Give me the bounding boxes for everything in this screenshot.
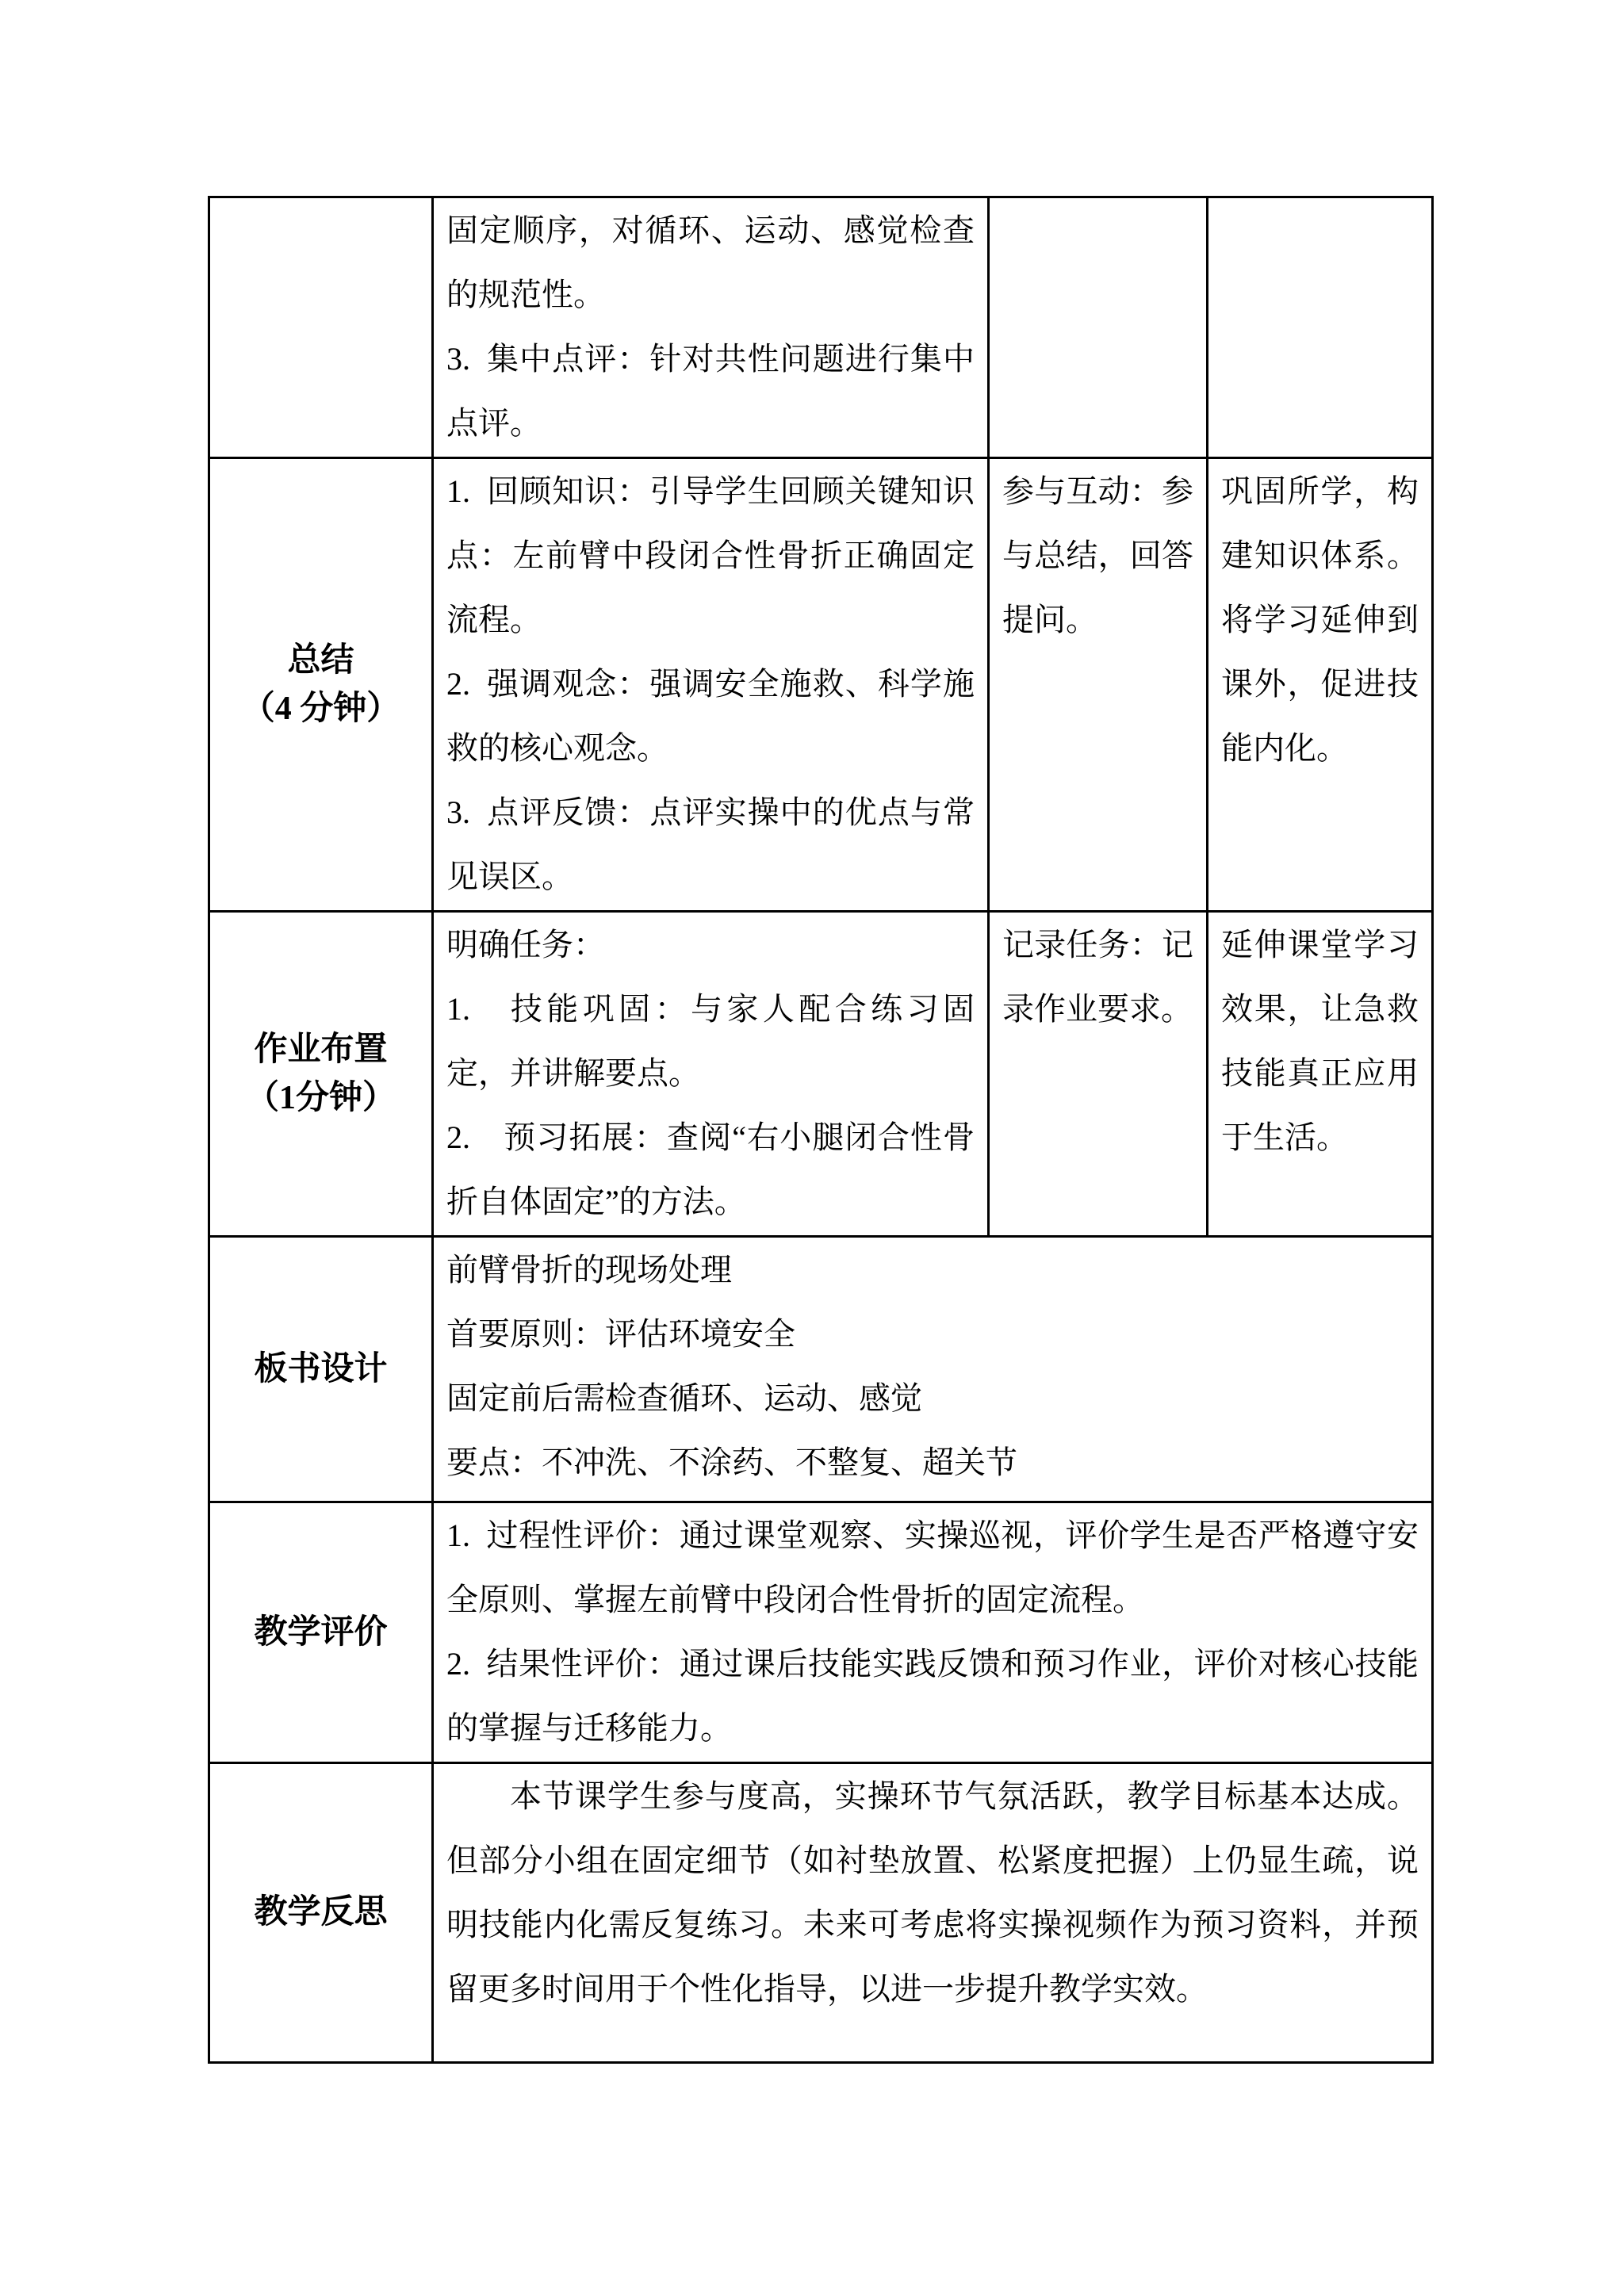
paragraph: 2. 结果性评价：通过课后技能实践反馈和预习作业，评价对核心技能的掌握与迁移能力… [446,1632,1419,1760]
paragraph: 巩固所学，构建知识体系。将学习延伸到课外，促进技能内化。 [1221,459,1419,780]
paragraph: 固定顺序，对循环、运动、感觉检查的规范性。 [446,198,975,327]
merged-content-cell: 1. 过程性评价：通过课堂观察、实操巡视，评价学生是否严格遵守安全原则、掌握左前… [433,1502,1433,1763]
stage-label-line: （1分钟） [215,1074,427,1123]
paragraph: 明确任务： [446,913,975,977]
stage-label-cell: 板书设计 [209,1237,433,1502]
document-page: 固定顺序，对循环、运动、感觉检查的规范性。3. 集中点评：针对共性问题进行集中点… [0,0,1624,2296]
teacher-activity-cell: 固定顺序，对循环、运动、感觉检查的规范性。3. 集中点评：针对共性问题进行集中点… [433,197,989,458]
table-row: 总结（4 分钟）1. 回顾知识：引导学生回顾关键知识点：左前臂中段闭合性骨折正确… [209,458,1433,912]
stage-label-cell: 教学反思 [209,1763,433,2063]
stage-label-line: 教学评价 [215,1609,427,1657]
paragraph: 延伸课堂学习效果，让急救技能真正应用于生活。 [1221,913,1419,1169]
design-intent-cell [1208,197,1433,458]
student-activity-cell: 参与互动：参与总结，回答提问。 [989,458,1208,912]
paragraph: 2. 强调观念：强调安全施救、科学施救的核心观念。 [446,652,975,780]
table-row: 板书设计前臂骨折的现场处理首要原则：评估环境安全固定前后需检查循环、运动、感觉要… [209,1237,1433,1502]
table-row: 教学反思本节课学生参与度高，实操环节气氛活跃，教学目标基本达成。但部分小组在固定… [209,1763,1433,2063]
merged-content-cell: 本节课学生参与度高，实操环节气氛活跃，教学目标基本达成。但部分小组在固定细节（如… [433,1763,1433,2063]
stage-label-cell: 作业布置（1分钟） [209,912,433,1237]
stage-label-line: 教学反思 [215,1888,427,1937]
paragraph: 1. 技能巩固：与家人配合练习固定，并讲解要点。 [446,977,975,1105]
merged-content-cell: 前臂骨折的现场处理首要原则：评估环境安全固定前后需检查循环、运动、感觉要点：不冲… [433,1237,1433,1502]
lesson-plan-table: 固定顺序，对循环、运动、感觉检查的规范性。3. 集中点评：针对共性问题进行集中点… [208,196,1434,2064]
table-row: 教学评价1. 过程性评价：通过课堂观察、实操巡视，评价学生是否严格遵守安全原则、… [209,1502,1433,1763]
table-row: 作业布置（1分钟）明确任务：1. 技能巩固：与家人配合练习固定，并讲解要点。2.… [209,912,1433,1237]
paragraph: 1. 回顾知识：引导学生回顾关键知识点：左前臂中段闭合性骨折正确固定流程。 [446,459,975,652]
stage-label-line: 总结 [215,637,427,685]
paragraph: 参与互动：参与总结，回答提问。 [1002,459,1193,652]
teacher-activity-cell: 1. 回顾知识：引导学生回顾关键知识点：左前臂中段闭合性骨折正确固定流程。2. … [433,458,989,912]
paragraph: 3. 点评反馈：点评实操中的优点与常见误区。 [446,780,975,909]
stage-label-cell [209,197,433,458]
paragraph: 要点：不冲洗、不涂药、不整复、超关节 [446,1430,1419,1494]
design-intent-cell: 巩固所学，构建知识体系。将学习延伸到课外，促进技能内化。 [1208,458,1433,912]
teacher-activity-cell: 明确任务：1. 技能巩固：与家人配合练习固定，并讲解要点。2. 预习拓展：查阅“… [433,912,989,1237]
stage-label-line: 板书设计 [215,1345,427,1394]
stage-label-cell: 总结（4 分钟） [209,458,433,912]
table-row: 固定顺序，对循环、运动、感觉检查的规范性。3. 集中点评：针对共性问题进行集中点… [209,197,1433,458]
design-intent-cell: 延伸课堂学习效果，让急救技能真正应用于生活。 [1208,912,1433,1237]
stage-label-line: （4 分钟） [215,685,427,733]
paragraph: 2. 预习拓展：查阅“右小腿闭合性骨折自体固定”的方法。 [446,1105,975,1234]
stage-label-line: 作业布置 [215,1026,427,1074]
paragraph: 3. 集中点评：针对共性问题进行集中点评。 [446,327,975,455]
paragraph: 前臂骨折的现场处理 [446,1238,1419,1302]
paragraph: 固定前后需检查循环、运动、感觉 [446,1366,1419,1430]
stage-label-cell: 教学评价 [209,1502,433,1763]
paragraph: 首要原则：评估环境安全 [446,1302,1419,1366]
paragraph: 1. 过程性评价：通过课堂观察、实操巡视，评价学生是否严格遵守安全原则、掌握左前… [446,1503,1419,1632]
lesson-plan-table-body: 固定顺序，对循环、运动、感觉检查的规范性。3. 集中点评：针对共性问题进行集中点… [209,197,1433,2063]
paragraph: 记录任务：记录作业要求。 [1002,913,1193,1041]
student-activity-cell [989,197,1208,458]
paragraph: 本节课学生参与度高，实操环节气氛活跃，教学目标基本达成。但部分小组在固定细节（如… [446,1764,1419,2021]
student-activity-cell: 记录任务：记录作业要求。 [989,912,1208,1237]
